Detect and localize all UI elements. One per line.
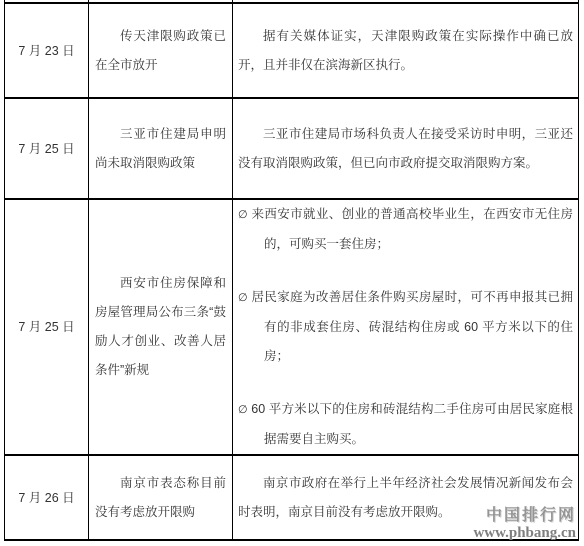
detail-paragraph: 据有关媒体证实，天津限购政策在实际操作中确已放开，且并非仅在滨海新区执行。 <box>238 22 573 80</box>
detail-paragraph: 三亚市住建局市场科负责人在接受采访时申明，三亚还没有取消限购政策，但已向市政府提… <box>238 120 573 178</box>
bullet-text: 居民家庭为改善居住条件购买房屋时，可不再申报其已拥有的非成套住房、砖混结构住房或… <box>251 290 573 363</box>
date-cell: 7 月 25 日 <box>5 199 89 455</box>
detail-paragraph: 南京市政府在举行上半年经济社会发展情况新闻发布会时表明，南京目前没有考虑放开限购… <box>238 469 573 527</box>
bullet-text: 来西安市就业、创业的普通高校毕业生，在西安市无住房的，可购买一套住房； <box>251 207 573 251</box>
bullet-item: ∅ 来西安市就业、创业的普通高校毕业生，在西安市无住房的，可购买一套住房； <box>238 200 573 259</box>
event-cell: 西安市住房保障和房屋管理局公布三条“鼓励人才创业、改善人居条件”新规 <box>89 199 233 455</box>
policy-table: 7 月 23 日 传天津限购政策已在全市放开 据有关媒体证实，天津限购政策在实际… <box>4 0 579 541</box>
bullet-icon: ∅ <box>238 292 248 304</box>
bullet-item: ∅ 60 平方米以下的住房和砖混结构二手住房可由居民家庭根据需要自主购买。 <box>238 395 573 454</box>
table-row: 7 月 26 日 南京市表态称目前没有考虑放开限购 南京市政府在举行上半年经济社… <box>5 455 579 540</box>
table-row: 7 月 25 日 三亚市住建局申明尚未取消限购政策 三亚市住建局市场科负责人在接… <box>5 98 579 199</box>
detail-cell: 南京市政府在举行上半年经济社会发展情况新闻发布会时表明，南京目前没有考虑放开限购… <box>233 455 579 540</box>
bullet-text: 60 平方米以下的住房和砖混结构二手住房可由居民家庭根据需要自主购买。 <box>251 402 573 446</box>
bullet-icon: ∅ <box>238 209 248 221</box>
table-row: 7 月 23 日 传天津限购政策已在全市放开 据有关媒体证实，天津限购政策在实际… <box>5 3 579 98</box>
table-row: 7 月 25 日 西安市住房保障和房屋管理局公布三条“鼓励人才创业、改善人居条件… <box>5 199 579 455</box>
date-cell: 7 月 25 日 <box>5 98 89 199</box>
detail-cell: ∅ 来西安市就业、创业的普通高校毕业生，在西安市无住房的，可购买一套住房； ∅ … <box>233 199 579 455</box>
bullet-item: ∅ 居民家庭为改善居住条件购买房屋时，可不再申报其已拥有的非成套住房、砖混结构住… <box>238 283 573 371</box>
date-cell: 7 月 26 日 <box>5 455 89 540</box>
detail-cell: 三亚市住建局市场科负责人在接受采访时申明，三亚还没有取消限购政策，但已向市政府提… <box>233 98 579 199</box>
event-cell: 三亚市住建局申明尚未取消限购政策 <box>89 98 233 199</box>
date-cell: 7 月 23 日 <box>5 3 89 98</box>
bullet-icon: ∅ <box>238 404 248 416</box>
event-cell: 传天津限购政策已在全市放开 <box>89 3 233 98</box>
detail-cell: 据有关媒体证实，天津限购政策在实际操作中确已放开，且并非仅在滨海新区执行。 <box>233 3 579 98</box>
event-cell: 南京市表态称目前没有考虑放开限购 <box>89 455 233 540</box>
